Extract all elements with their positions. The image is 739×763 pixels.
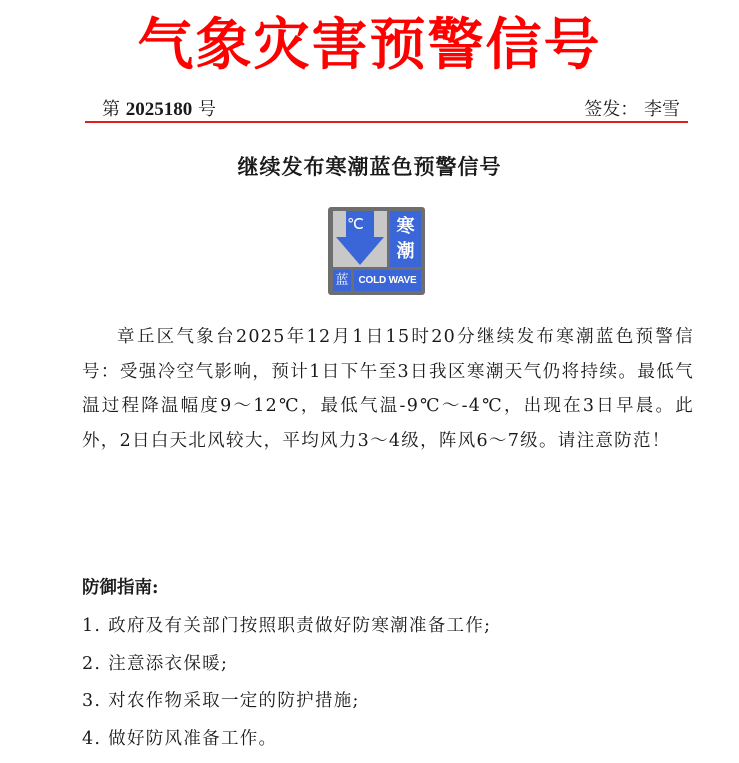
- temperature-panel: ℃: [333, 211, 387, 267]
- signer-label: 签发：: [584, 99, 638, 120]
- warning-level: 蓝: [333, 270, 351, 291]
- red-divider: [85, 121, 688, 123]
- celsius-symbol: ℃: [347, 215, 364, 233]
- guide-list: 1. 政府及有关部门按照职责做好防寒潮准备工作; 2. 注意添衣保暖; 3. 对…: [82, 608, 491, 758]
- guide-item: 4. 做好防风准备工作。: [82, 721, 491, 759]
- masthead-title: 气象灾害预警信号: [0, 8, 739, 84]
- doc-number-suffix: 号: [198, 99, 216, 120]
- meta-row: 第 2025180 号 签发： 李雪: [85, 98, 688, 122]
- signer: 签发： 李雪: [584, 98, 680, 122]
- guide-item: 2. 注意添衣保暖;: [82, 646, 491, 684]
- doc-number-value: 2025180: [126, 99, 193, 120]
- document-title: 继续发布寒潮蓝色预警信号: [0, 152, 739, 182]
- guide-item: 1. 政府及有关部门按照职责做好防寒潮准备工作;: [82, 608, 491, 646]
- warning-label: COLD WAVE: [354, 270, 421, 291]
- doc-number: 第 2025180 号: [102, 98, 216, 122]
- warning-body-paragraph: 章丘区气象台2025年12月1日15时20分继续发布寒潮蓝色预警信号：受强冷空气…: [82, 320, 694, 458]
- signer-name: 李雪: [644, 99, 680, 120]
- cold-wave-blue-warning-icon: ℃ 寒潮 蓝 COLD WAVE: [328, 207, 425, 295]
- guide-title: 防御指南:: [82, 571, 158, 605]
- doc-number-prefix: 第: [102, 99, 120, 120]
- warning-type-chars: 寒潮: [390, 211, 421, 267]
- guide-item: 3. 对农作物采取一定的防护措施;: [82, 683, 491, 721]
